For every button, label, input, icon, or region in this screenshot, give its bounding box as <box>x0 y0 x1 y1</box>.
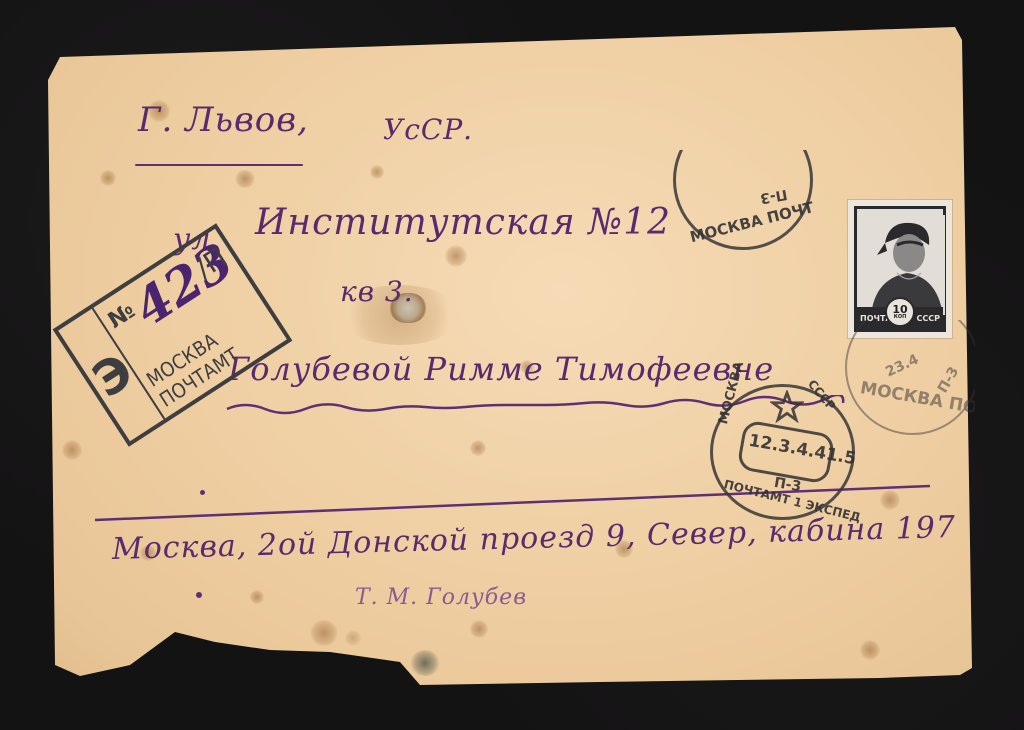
stain <box>370 165 384 179</box>
postage-stamp: ПОЧТА СССР 10 КОП <box>848 200 952 338</box>
city-underline <box>135 164 303 166</box>
envelope: Г. Львов, УсСР. ул. Институтская №12 кв … <box>0 0 1024 730</box>
stain <box>250 590 264 604</box>
ink-dot <box>200 490 205 495</box>
star-icon <box>770 390 804 424</box>
stain <box>310 620 338 646</box>
mold-spot <box>410 650 440 676</box>
stain <box>62 440 82 460</box>
sender-name: Т. М. Голубев <box>355 585 527 610</box>
recipient-republic: УсСР. <box>383 113 473 146</box>
stain <box>470 440 486 456</box>
ink-dot <box>196 592 202 598</box>
stain <box>100 170 116 186</box>
stain <box>445 245 467 267</box>
stain <box>860 640 880 660</box>
stain <box>470 620 488 638</box>
postmark-main: МОСКВА СССР 12.3.4.41.5 П-3 ПОЧТАМТ 1 ЭК… <box>708 382 858 522</box>
stain <box>235 170 255 188</box>
stain <box>345 630 361 646</box>
recipient-city: Г. Львов, <box>138 100 309 140</box>
recipient-street: Институтская №12 <box>255 202 671 243</box>
postmark-top: МОСКВА ПОЧТАМ П-3 <box>668 150 813 255</box>
recipient-name: Голубевой Римме Тимофеевне <box>228 350 774 388</box>
recipient-apartment: кв 3. <box>340 275 414 308</box>
